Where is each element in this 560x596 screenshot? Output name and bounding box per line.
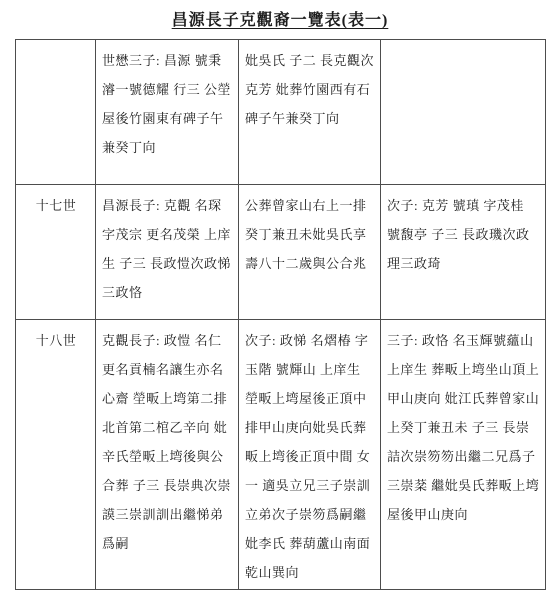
table-row-16th-generation: 世懋三子: 昌源 號秉濬一號德耀 行三 公塋屋後竹園東有碑子午兼癸丁向 妣吳氏 … — [16, 40, 546, 185]
table-row-18th-generation: 十八世 克觀長子: 政愷 名仁 更名貢楠名讓生亦名心齋 塋畈上塆第二排北首第二棺… — [16, 320, 546, 590]
entry-cell-zhengke: 三子: 政恪 名玉輝號蘊山 上庠生 葬畈上塆坐山頂上甲山庚向 妣江氏葬曾家山上癸… — [381, 320, 546, 590]
entry-cell-empty — [381, 40, 546, 185]
genealogy-document-page: 昌源長子克觀裔一覽表(表一) 世懋三子: 昌源 號秉濬一號德耀 行三 公塋屋後竹… — [0, 0, 560, 596]
entry-cell-keguan-burial: 公葬曾家山右上一排癸丁兼丑未妣吳氏享壽八十二歲與公合兆 — [239, 185, 381, 320]
generation-label-cell — [16, 40, 96, 185]
entry-cell-keguan: 昌源長子: 克觀 名琛 字茂宗 更名茂榮 上庠生 子三 長政愷次政悌三政恪 — [96, 185, 239, 320]
generation-label-cell: 十八世 — [16, 320, 96, 590]
entry-cell-zhengkai: 克觀長子: 政愷 名仁 更名貢楠名讓生亦名心齋 塋畈上塆第二排北首第二棺乙辛向 … — [96, 320, 239, 590]
entry-cell-changyuan: 世懋三子: 昌源 號秉濬一號德耀 行三 公塋屋後竹園東有碑子午兼癸丁向 — [96, 40, 239, 185]
entry-cell-kefang: 次子: 克芳 號瑱 字茂桂 號馥亭 子三 長政璣次政理三政琦 — [381, 185, 546, 320]
entry-cell-changyuan-spouse: 妣吳氏 子二 長克觀次克芳 妣葬竹園西有石碑子午兼癸丁向 — [239, 40, 381, 185]
table-row-17th-generation: 十七世 昌源長子: 克觀 名琛 字茂宗 更名茂榮 上庠生 子三 長政愷次政悌三政… — [16, 185, 546, 320]
page-title: 昌源長子克觀裔一覽表(表一) — [0, 7, 560, 30]
entry-cell-zhengti: 次子: 政悌 名熠椿 字玉階 號輝山 上庠生 塋畈上塆屋後正頂中排甲山庚向妣吳氏… — [239, 320, 381, 590]
generation-label-cell: 十七世 — [16, 185, 96, 320]
genealogy-table: 世懋三子: 昌源 號秉濬一號德耀 行三 公塋屋後竹園東有碑子午兼癸丁向 妣吳氏 … — [15, 39, 546, 590]
